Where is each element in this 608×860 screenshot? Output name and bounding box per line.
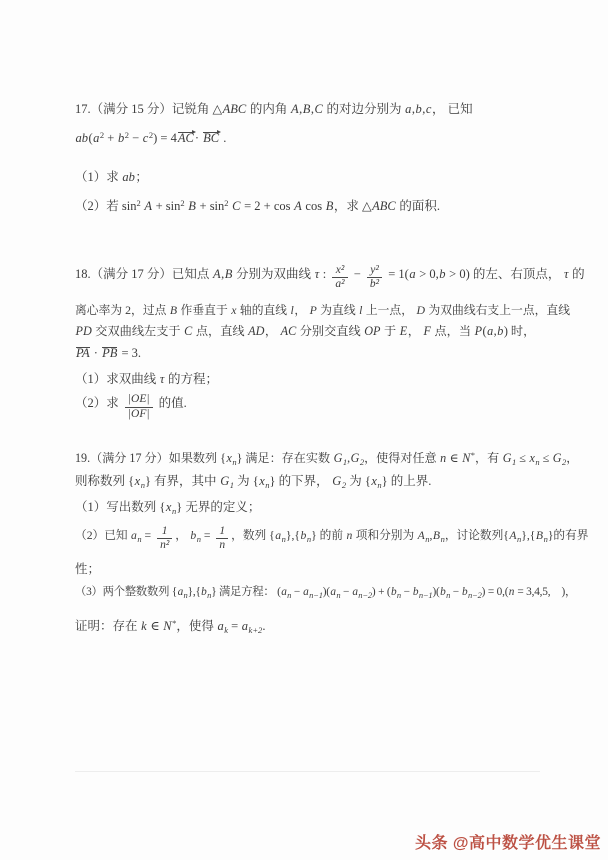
math-variable: a	[131, 529, 137, 542]
fraction-numerator: 1	[216, 525, 228, 539]
math-variable: E	[400, 324, 407, 338]
subscript: n	[287, 590, 291, 600]
superscript: 2	[125, 130, 129, 140]
subscript: n	[137, 534, 141, 544]
text: 于	[381, 324, 399, 338]
math-variable: a	[242, 619, 248, 633]
text-line: 则称数列 {xn} 有界，其中 G1 为 {xn} 的下界， G2 为 {xn}…	[75, 471, 550, 491]
text: ,	[412, 102, 415, 116]
text: ∈	[447, 451, 462, 465]
text-line: （1）写出数列 {xn} 无界的定义；	[75, 497, 550, 517]
problems-container: 17.（满分 15 分）记锐角 △ABC 的内角 A,B,C 的对边分别为 a,…	[75, 99, 550, 636]
text: },{	[521, 529, 535, 542]
math-variable: a	[330, 586, 335, 598]
subscript: n	[184, 590, 188, 600]
math-variable: b	[440, 586, 445, 598]
math-variable: A	[418, 529, 425, 542]
subscript: 1	[230, 480, 234, 490]
math-variable: l	[359, 303, 362, 317]
text: = 3.	[118, 346, 141, 360]
subscript: n	[425, 534, 429, 544]
math-variable: b	[391, 586, 396, 598]
math-variable: a	[281, 586, 286, 598]
text: ，	[294, 303, 309, 317]
text: 的面积.	[396, 199, 440, 213]
text: )(	[323, 586, 330, 598]
text: 的内角	[247, 102, 291, 116]
math-variable: c	[426, 102, 432, 116]
fraction-denominator: n	[216, 539, 228, 552]
subscript: n	[207, 590, 211, 600]
fraction-denominator: n²	[157, 539, 172, 552]
math-variable: G	[332, 474, 341, 488]
text: ，使得	[176, 619, 217, 633]
math-variable: n	[440, 451, 446, 465]
text: 19.（满分 17 分）如果数列 {	[75, 451, 226, 465]
math-variable: ab	[122, 170, 135, 184]
fraction: |OE||OF|	[125, 393, 153, 420]
math-variable: b	[462, 586, 467, 598]
exam-paper-page: 17.（满分 15 分）记锐角 △ABC 的内角 A,B,C 的对边分别为 a,…	[0, 0, 608, 860]
math-variable: b	[201, 586, 206, 598]
text: (	[483, 324, 487, 338]
subscript: n	[141, 480, 145, 490]
math-variable: A	[291, 102, 299, 116]
subscript: n	[441, 534, 445, 544]
text: =	[142, 529, 154, 542]
overline: PA	[76, 346, 90, 361]
subscript: k+2	[249, 625, 263, 635]
math-variable: a	[93, 131, 99, 145]
text: } 无界的定义；	[176, 500, 260, 514]
text: ， 已知	[432, 102, 473, 116]
text-line: PD 交双曲线左支于 C 点，直线 AD， AC 分别交直线 OP 于 E， F…	[75, 321, 550, 341]
text: ≤	[540, 451, 553, 465]
fraction-numerator: 1	[157, 525, 172, 539]
text: （3）两个整数数列 {	[75, 586, 177, 598]
text: } 的前	[311, 529, 346, 542]
math-variable: a	[303, 586, 308, 598]
math-variable: ab	[76, 131, 89, 145]
text: =	[228, 619, 241, 633]
text-line: ab(a2 + b2 − c2) = 4AC· BC .	[75, 128, 550, 148]
fraction-denominator: b²	[367, 278, 382, 291]
math-variable: F	[423, 324, 430, 338]
text-line: （1）求 ab；	[75, 167, 550, 187]
math-variable: a	[352, 586, 357, 598]
subscript: n	[544, 534, 548, 544]
subscript: n	[517, 534, 521, 544]
superscript: 2	[149, 130, 153, 140]
text-line: 17.（满分 15 分）记锐角 △ABC 的内角 A,B,C 的对边分别为 a,…	[75, 99, 550, 119]
text: ,	[347, 451, 350, 465]
text-line: 证明：存在 k ∈ N*，使得 ak = ak+2.	[75, 616, 550, 636]
text: 为 {	[234, 474, 259, 488]
text: 的对边分别为	[323, 102, 404, 116]
problem-17: 17.（满分 15 分）记锐角 △ABC 的内角 A,B,C 的对边分别为 a,…	[75, 99, 550, 216]
text: （2）求	[75, 397, 122, 411]
text: 分别为双曲线	[233, 267, 314, 281]
math-variable: N	[462, 451, 470, 465]
math-variable: ABC	[372, 199, 396, 213]
text: 则称数列 {	[75, 474, 134, 488]
fraction-numerator: y²	[367, 264, 382, 278]
superscript: *	[172, 618, 176, 628]
text: （2）已知	[75, 529, 131, 542]
math-variable: G	[503, 451, 512, 465]
math-variable: PD	[76, 324, 92, 338]
fraction-denominator: a²	[332, 278, 347, 291]
subscript: 2	[562, 457, 566, 467]
text: −	[340, 586, 351, 598]
text: 17.（满分 15 分）记锐角 △	[75, 102, 222, 116]
subscript: 1	[343, 457, 347, 467]
subscript: n	[197, 534, 201, 544]
math-variable: x	[135, 474, 141, 488]
math-variable: B	[303, 102, 311, 116]
text-line: 18.（满分 17 分）已知点 A,B 分别为双曲线 τ : x²a² − y²…	[75, 264, 550, 291]
subscript: 1	[512, 457, 516, 467]
text: ·	[91, 346, 101, 360]
text: 点，当	[431, 324, 474, 338]
text: } 有界，其中	[145, 474, 220, 488]
text: ) = 0,(	[482, 586, 509, 598]
subscript: n	[535, 457, 539, 467]
subscript: n−2	[468, 590, 482, 600]
text: 上一点，	[363, 303, 416, 317]
math-variable: a	[487, 324, 493, 338]
text: ·	[195, 131, 202, 145]
math-variable: n	[346, 529, 352, 542]
math-variable: AC	[281, 324, 297, 338]
text: 为 {	[346, 474, 371, 488]
text: ，有	[475, 451, 502, 465]
problem-19: 19.（满分 17 分）如果数列 {xn} 满足：存在实数 G1,G2，使得对任…	[75, 448, 550, 636]
text: （1）写出数列 {	[75, 500, 165, 514]
text-line: （2）已知 an = 1n²， bn = 1n，数列 {an},{bn} 的前 …	[75, 525, 550, 552]
fraction: 1n²	[157, 525, 172, 552]
text: },{	[286, 529, 300, 542]
text: +	[104, 131, 117, 145]
math-variable: G	[334, 451, 343, 465]
text: （1）求	[75, 170, 122, 184]
subscript: 2	[360, 457, 364, 467]
text: 的值.	[156, 397, 187, 411]
text: ，数列 {	[231, 529, 275, 542]
text: ，	[175, 529, 190, 542]
subscript: n	[232, 457, 236, 467]
math-variable: b	[413, 586, 418, 598]
math-variable: P	[310, 303, 317, 317]
text: −	[351, 267, 364, 281]
text: 为双曲线右支上一点，直线	[426, 303, 571, 317]
text: 的方程；	[165, 372, 218, 386]
math-variable: A	[144, 199, 152, 213]
superscript: 2	[224, 198, 228, 208]
math-variable: n	[509, 586, 514, 598]
page-divider-line	[75, 771, 540, 772]
text: + sin	[152, 199, 180, 213]
math-variable: a	[275, 529, 281, 542]
math-variable: b	[118, 131, 124, 145]
text: 性；	[75, 562, 100, 576]
fraction-numerator: |OE|	[125, 393, 153, 407]
text: −	[401, 586, 412, 598]
text: cos	[302, 199, 325, 213]
fraction: x²a²	[332, 264, 347, 291]
text: 分别交直线	[297, 324, 364, 338]
subscript: 2	[342, 480, 346, 490]
text: ) + (	[372, 586, 391, 598]
text: （2）若 sin	[75, 199, 136, 213]
text: ,	[221, 267, 224, 281]
text: 轴的直线	[237, 303, 290, 317]
subscript: n	[172, 506, 176, 516]
fraction: y²b²	[367, 264, 382, 291]
subscript: n−2	[358, 590, 372, 600]
text: −	[291, 586, 302, 598]
text: 离心率为 2，过点	[75, 303, 169, 317]
text-line: （3）两个整数数列 {an},{bn} 满足方程： (an − an−1)(an…	[75, 582, 550, 602]
text: ) = 4	[153, 131, 177, 145]
math-variable: b	[439, 267, 445, 281]
text: ，	[408, 324, 423, 338]
math-variable: τ	[564, 267, 568, 281]
math-variable: A	[213, 267, 221, 281]
math-variable: b	[301, 529, 307, 542]
text: 18.（满分 17 分）已知点	[75, 267, 213, 281]
math-variable: C	[315, 102, 323, 116]
text: −	[129, 131, 142, 145]
math-variable: G	[351, 451, 360, 465]
text-line: （2）求 |OE||OF| 的值.	[75, 393, 550, 420]
text: + sin	[196, 199, 224, 213]
subscript: n	[397, 590, 401, 600]
text-line: （1）求双曲线 τ 的方程；	[75, 369, 550, 389]
text: .	[262, 619, 265, 633]
math-variable: b	[190, 529, 196, 542]
math-variable: P	[475, 324, 482, 338]
text: 为直线	[317, 303, 358, 317]
text: ∈	[147, 619, 163, 633]
math-variable: A	[294, 199, 302, 213]
math-variable: G	[553, 451, 562, 465]
text: 作垂直于	[178, 303, 231, 317]
math-variable: x	[529, 451, 534, 465]
text: ，使得对任意	[364, 451, 440, 465]
text: = 1(	[385, 267, 409, 281]
text: } 的上界.	[382, 474, 432, 488]
math-variable: x	[231, 303, 236, 317]
text: 点，直线	[193, 324, 248, 338]
text-line: 离心率为 2，过点 B 作垂直于 x 轴的直线 l， P 为直线 l 上一点， …	[75, 300, 550, 320]
math-variable: D	[416, 303, 425, 317]
text: = 3,4,5, )，	[515, 586, 576, 598]
watermark: 头条 @高中数学优生课堂	[415, 830, 601, 853]
math-variable: a	[405, 102, 411, 116]
text: ，	[265, 324, 280, 338]
math-variable: B	[433, 529, 440, 542]
text: } 的下界，	[270, 474, 332, 488]
math-variable: a	[178, 586, 183, 598]
text: ,	[299, 102, 302, 116]
math-variable: b	[497, 324, 503, 338]
math-variable: ABC	[223, 102, 247, 116]
text: 证明：存在	[75, 619, 141, 633]
subscript: n	[377, 480, 381, 490]
text: ，讨论数列{	[445, 529, 509, 542]
math-variable: a	[409, 267, 415, 281]
text: = 2 + cos	[241, 199, 294, 213]
math-variable: B	[188, 199, 196, 213]
text: 交双曲线左支于	[92, 324, 183, 338]
math-variable: B	[225, 267, 233, 281]
superscript: 2	[136, 198, 140, 208]
text: }的有界	[548, 529, 589, 542]
subscript: n	[307, 534, 311, 544]
math-variable: τ	[315, 267, 319, 281]
math-variable: A	[509, 529, 516, 542]
math-variable: G	[220, 474, 229, 488]
math-variable: C	[232, 199, 240, 213]
text: > 0,	[416, 267, 439, 281]
math-variable: b	[416, 102, 422, 116]
superscript: 2	[180, 198, 184, 208]
math-variable: N	[163, 619, 171, 633]
superscript: 2	[100, 130, 104, 140]
math-variable: AD	[248, 324, 264, 338]
math-variable: B	[536, 529, 543, 542]
subscript: n−1	[419, 590, 433, 600]
text: )(	[432, 586, 439, 598]
text: ，	[566, 451, 578, 465]
fraction-numerator: x²	[332, 264, 347, 278]
text: ；	[135, 170, 148, 184]
text: −	[450, 586, 461, 598]
math-variable: x	[259, 474, 265, 488]
math-variable: C	[184, 324, 192, 338]
text: :	[320, 267, 330, 281]
math-variable: τ	[160, 372, 164, 386]
subscript: n	[265, 480, 269, 490]
text-line: 性；	[75, 559, 550, 579]
math-variable: c	[143, 131, 149, 145]
subscript: n−1	[309, 590, 323, 600]
text-line: PA · PB = 3.	[75, 343, 550, 363]
text-line: 19.（满分 17 分）如果数列 {xn} 满足：存在实数 G1,G2，使得对任…	[75, 448, 550, 468]
text: 的	[569, 267, 585, 281]
math-variable: x	[166, 500, 172, 514]
subscript: n	[336, 590, 340, 600]
text-line: （2）若 sin2 A + sin2 B + sin2 C = 2 + cos …	[75, 196, 550, 216]
text: =	[201, 529, 213, 542]
text: ) 时，	[504, 324, 535, 338]
text: ≤	[516, 451, 529, 465]
superscript: *	[471, 450, 475, 460]
problem-18: 18.（满分 17 分）已知点 A,B 分别为双曲线 τ : x²a² − y²…	[75, 264, 550, 421]
text: ，求 △	[334, 199, 372, 213]
text: 项和分别为	[353, 529, 417, 542]
fraction-denominator: |OF|	[125, 408, 153, 421]
math-variable: k	[141, 619, 147, 633]
subscript: n	[282, 534, 286, 544]
text: ,	[422, 102, 425, 116]
subscript: n	[446, 590, 450, 600]
text: } 满足：存在实数	[237, 451, 334, 465]
text: } 满足方程： (	[211, 586, 281, 598]
subscript: k	[224, 625, 228, 635]
vector-overline: BC	[203, 131, 219, 146]
math-variable: a	[217, 619, 223, 633]
math-variable: x	[226, 451, 231, 465]
fraction: 1n	[216, 525, 228, 552]
vector-overline: AC	[178, 131, 194, 146]
text: > 0) 的左、右顶点，	[446, 267, 563, 281]
math-variable: B	[326, 199, 334, 213]
math-variable: B	[170, 303, 177, 317]
text: （1）求双曲线	[75, 372, 159, 386]
math-variable: OP	[364, 324, 380, 338]
overline: PB	[102, 346, 117, 361]
text: },{	[188, 586, 201, 598]
text: ,	[311, 102, 314, 116]
